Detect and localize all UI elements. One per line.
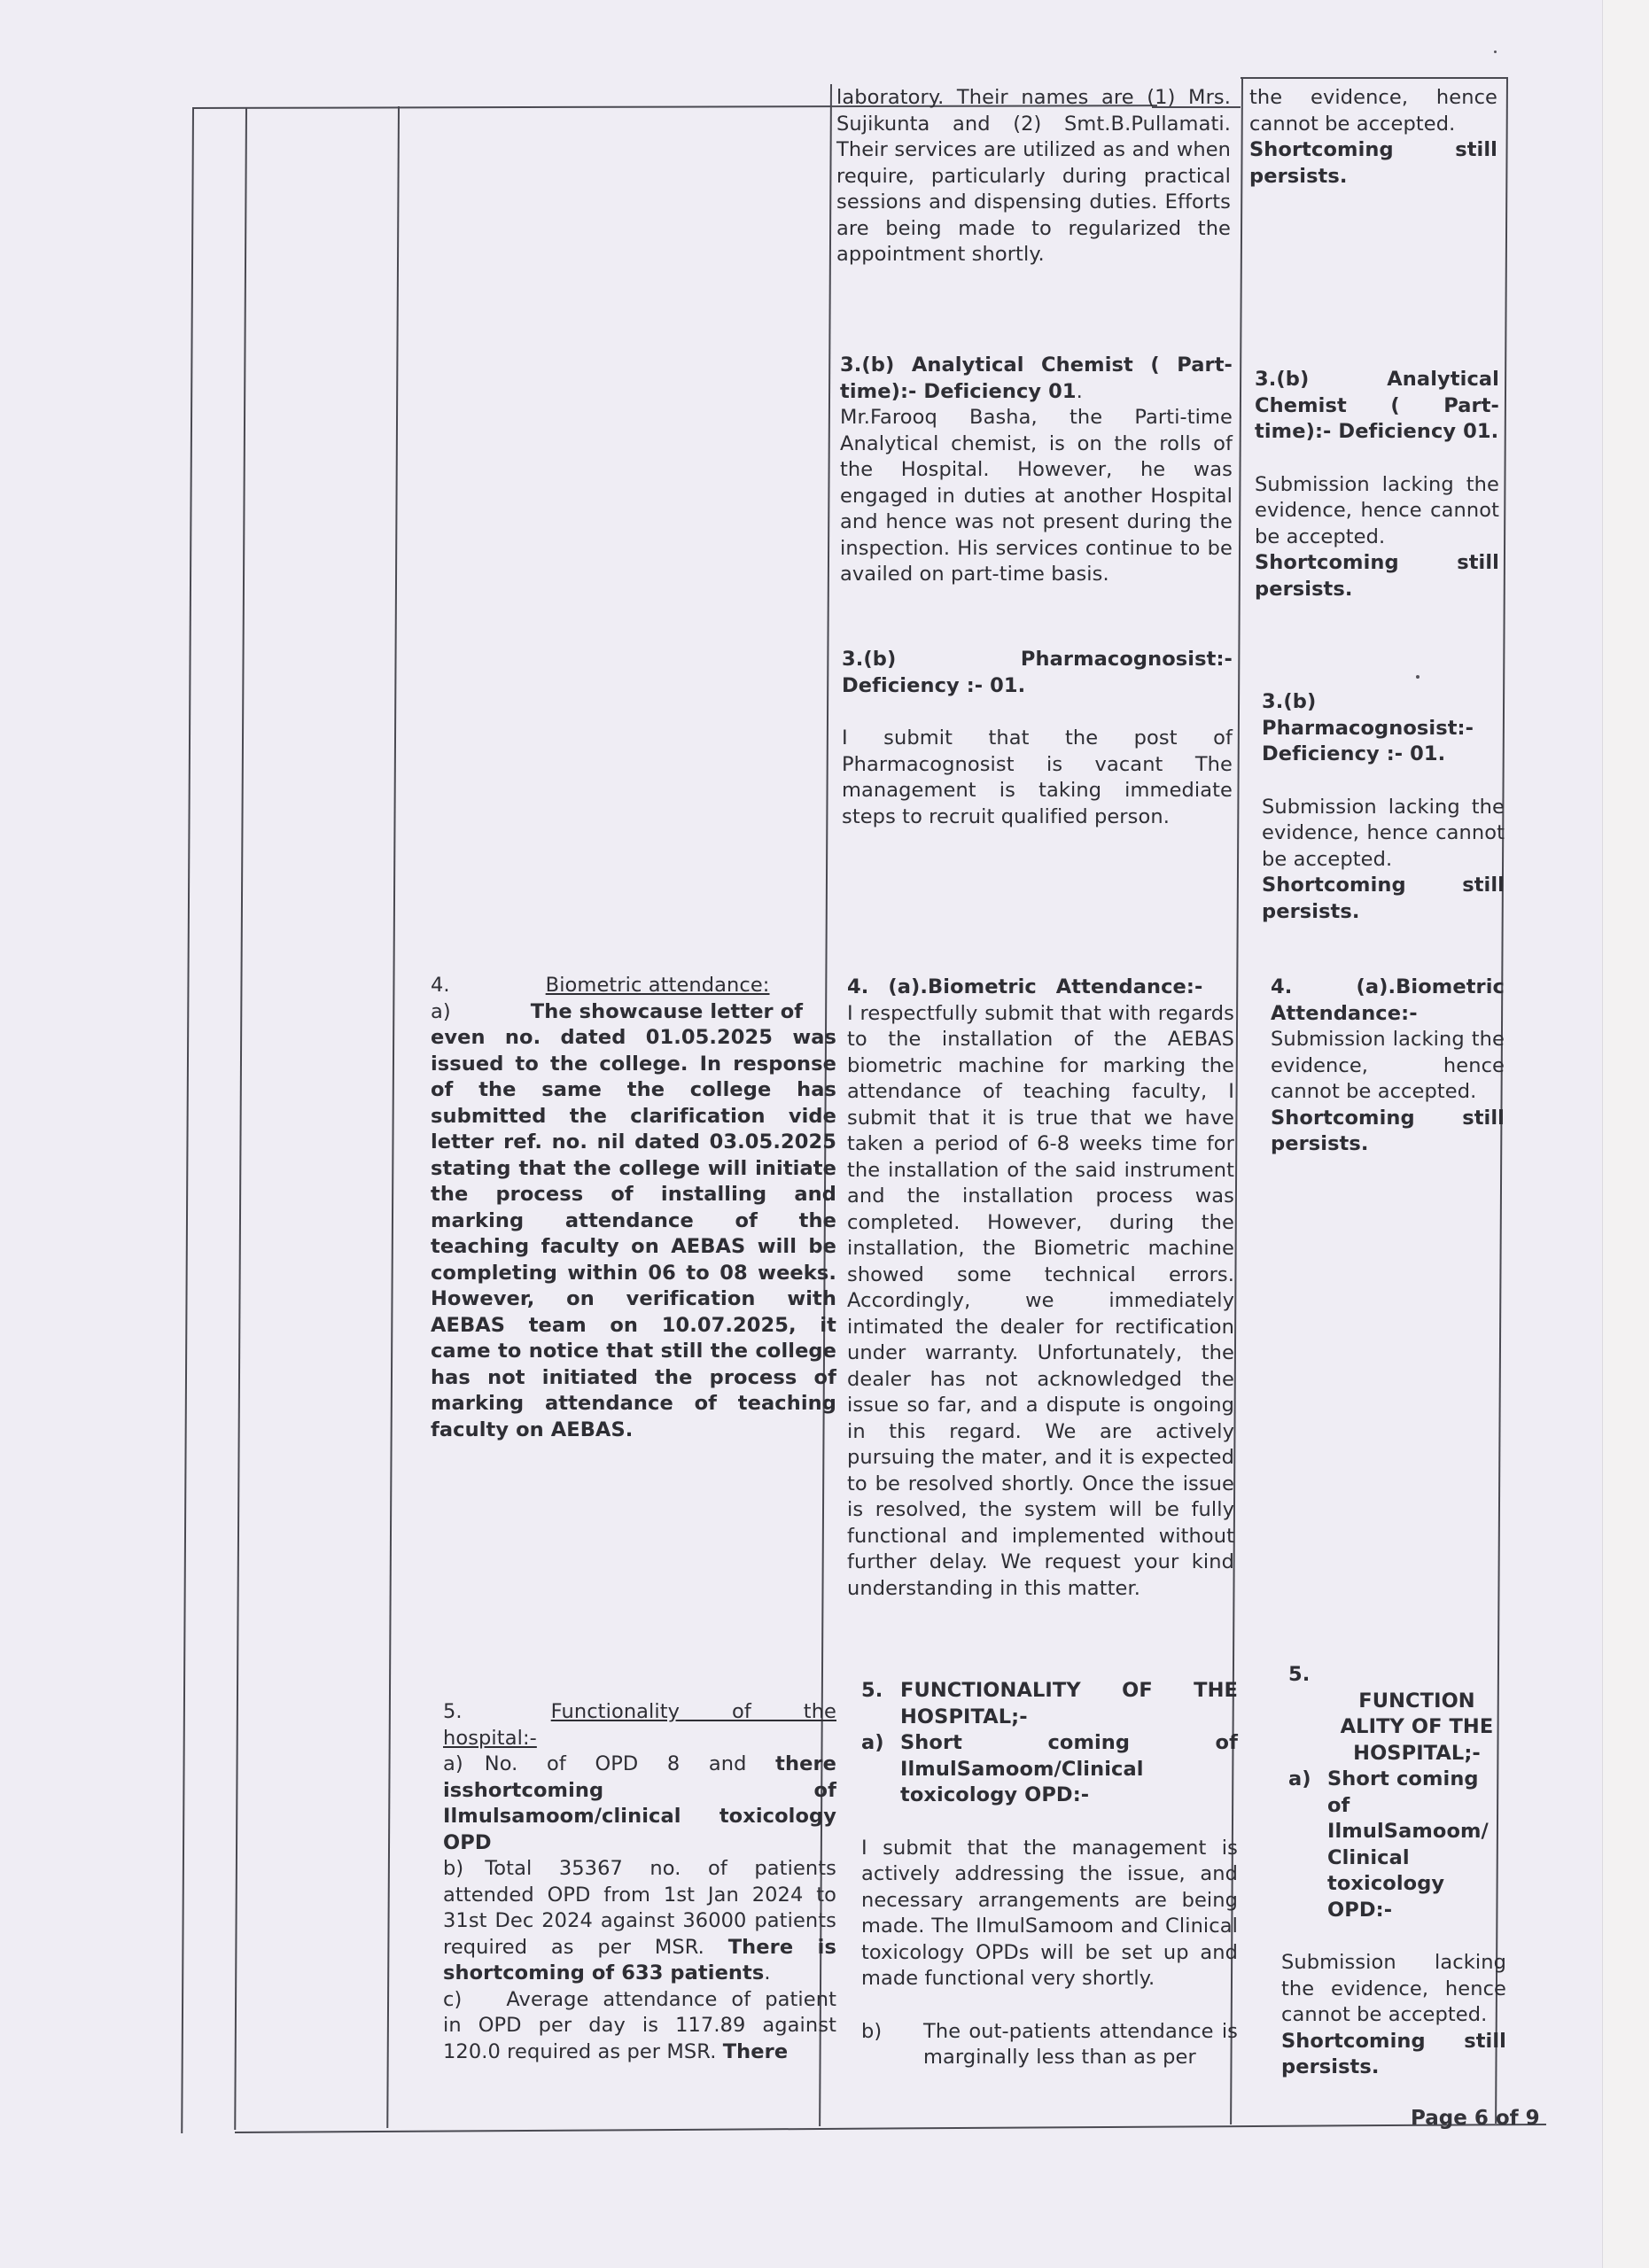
submission-analytical-chemist: 3.(b) Analytical Chemist ( Part-time):- …	[840, 353, 1233, 588]
page-edge	[1602, 0, 1649, 2268]
opd-attendance-response: The out-patients attendance is marginall…	[923, 2019, 1238, 2071]
section-heading: FUNCTION ALITY OF THE HOSPITAL;-	[1327, 1689, 1506, 1767]
lab-staff-text: laboratory. Their names are (1) Mrs. Suj…	[836, 85, 1231, 268]
section-heading: 3.(b) Analytical Chemist ( Part-time):- …	[1255, 368, 1499, 443]
punctuation: .	[764, 1961, 770, 1984]
submission-pharmacognosist: 3.(b) Pharmacognosist:- Deficiency :- 01…	[842, 647, 1233, 830]
biometric-response: I respectfully submit that with regards …	[847, 1001, 1234, 1603]
item-number: 5.	[1288, 1663, 1310, 1686]
verdict-text: Shortcoming still persists.	[1255, 551, 1499, 601]
verdict-text: Shortcoming still persists.	[1249, 138, 1497, 188]
subsection-heading: Short coming of IlmulSamoom/ Clinical to…	[1327, 1767, 1506, 1923]
punctuation: .	[1077, 380, 1083, 403]
section-heading: Pharmacognosist:- Deficiency :- 01.	[1262, 717, 1474, 766]
observation-functionality: 5.Functionality of the hospital:- a)No. …	[443, 1699, 836, 2065]
item-marker: b)	[443, 1857, 463, 1880]
item-marker: c)	[443, 1988, 462, 2011]
pharmacognosist-response: I submit that the post of Pharmacognosis…	[842, 726, 1233, 830]
table-top-border-right	[1241, 77, 1506, 79]
item-marker: b)	[861, 2019, 923, 2071]
item-number: 4.	[431, 974, 450, 997]
item-marker: a)	[443, 1752, 463, 1775]
submission-functionality: 5.FUNCTIONALITY OF THE HOSPITAL;- a)Shor…	[861, 1678, 1238, 2071]
section-heading: 4. (a).Biometric Attendance:-	[847, 975, 1202, 998]
section-heading: 3.(b) Pharmacognosist:- Deficiency :- 01…	[842, 648, 1233, 697]
remark-text: the evidence, hence cannot be accepted.	[1249, 85, 1497, 137]
section-heading: 3.(b)	[1262, 690, 1316, 713]
observation-text: even no. dated 01.05.2025 was issued to …	[431, 1026, 836, 1441]
remark-text: Submission lacking the evidence, hence c…	[1271, 1027, 1505, 1106]
section-heading: Biometric attendance:	[546, 974, 770, 997]
submission-lab-continued: laboratory. Their names are (1) Mrs. Suj…	[836, 85, 1231, 268]
section-heading: 3.(b) Analytical Chemist ( Part-time):- …	[840, 353, 1233, 403]
remark-text: Submission lacking the evidence, hence c…	[1255, 472, 1499, 551]
verdict-text: Shortcoming still persists.	[1271, 1107, 1505, 1156]
subsection-heading: Short coming of IlmulSamoom/Clinical tox…	[900, 1730, 1238, 1809]
item-marker: a)	[431, 1000, 451, 1023]
observation-lead: The showcause letter of	[531, 1000, 803, 1023]
page-number: Page 6 of 9	[1411, 2107, 1540, 2130]
remark-pharmacognosist: 3.(b) Pharmacognosist:- Deficiency :- 01…	[1262, 689, 1505, 925]
item-number: 5.	[861, 1678, 900, 1730]
item-number: 5.	[443, 1700, 463, 1723]
average-shortcoming: There	[723, 2040, 788, 2063]
remark-lab-staff: the evidence, hence cannot be accepted. …	[1249, 85, 1497, 190]
item-marker: a)	[861, 1730, 900, 1809]
section-heading: 4. (a).Biometric Attendance:-	[1271, 975, 1505, 1025]
section-heading: Functionality of the hospital:-	[443, 1700, 836, 1750]
ilmulsamoom-response: I submit that the management is actively…	[861, 1836, 1238, 1992]
scan-speck	[1494, 50, 1497, 53]
verdict-text: Shortcoming still persists.	[1281, 2030, 1506, 2079]
remark-analytical-chemist: 3.(b) Analytical Chemist ( Part-time):- …	[1255, 367, 1499, 602]
item-marker: a)	[1288, 1767, 1327, 1923]
submission-biometric: 4. (a).Biometric Attendance:- I respectf…	[847, 975, 1234, 1602]
remark-text: Submission lacking the evidence, hence c…	[1262, 795, 1505, 874]
scan-speck	[1416, 675, 1420, 679]
opd-count-text: No. of OPD 8 and	[485, 1752, 747, 1775]
observation-biometric: 4.Biometric attendance: a)The showcause …	[431, 973, 836, 1443]
remark-functionality: 5. FUNCTION ALITY OF THE HOSPITAL;- a)Sh…	[1288, 1662, 1506, 2081]
section-heading: FUNCTIONALITY OF THE HOSPITAL;-	[900, 1678, 1238, 1730]
remark-biometric: 4. (a).Biometric Attendance:- Submission…	[1271, 975, 1505, 1158]
remark-text: Submission lacking the evidence, hence c…	[1281, 1950, 1506, 2029]
verdict-text: Shortcoming still persists.	[1262, 874, 1505, 923]
chemist-response: Mr.Farooq Basha, the Parti-time Analytic…	[840, 405, 1233, 588]
